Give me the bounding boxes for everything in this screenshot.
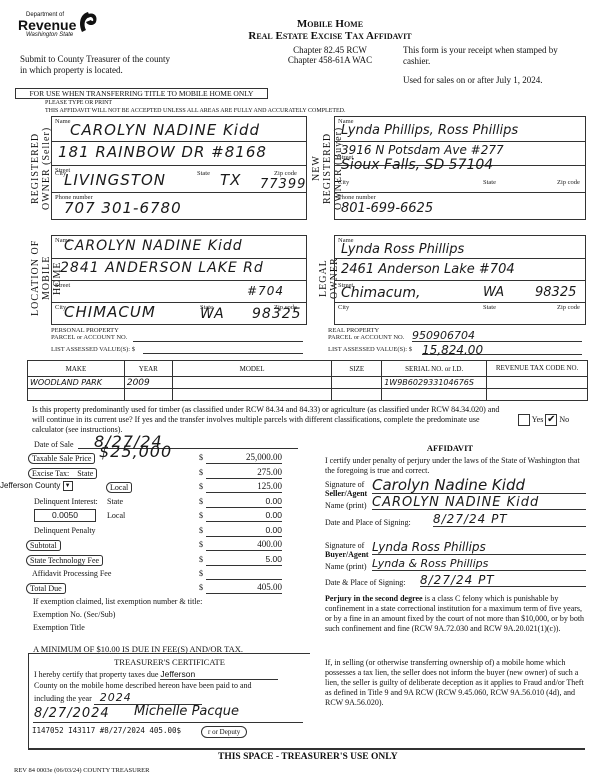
agency-line-2: Revenue [18,18,76,32]
excise-local-field[interactable]: 125.00 [206,481,282,493]
certificate-county: Jefferson [160,669,278,680]
legal-owner-section-label: LEGAL OWNER [318,238,332,318]
buyer-signature[interactable]: Lynda Ross Phillips [372,540,586,555]
receipt-stamp: I147052 I43117 #8/27/2024 405.00$ [32,726,181,735]
location-block: Name CAROLYN NADINE Kidd 2841 ANDERSON L… [51,235,307,325]
personal-assessed-field[interactable] [143,345,303,354]
seller-zip[interactable]: 77399 [260,177,306,192]
excise-state-row: Excise Tax: State $ 275.00 [24,467,276,481]
buyer-section-label: NEW REGISTERED OWNER (Buyer) [311,118,335,218]
taxable-sale-price-row: Taxable Sale Price $25,000 $ 25,000.00 [24,452,276,466]
timber-no-checkbox[interactable]: ✔ [545,414,557,426]
legal-owner-block: Name Lynda Ross Phillips 2461 Anderson L… [334,235,586,325]
location-state[interactable]: WA [200,306,225,322]
treasurer-divider [28,748,585,750]
sales-date-note: Used for sales on or after July 1, 2024. [403,75,583,85]
legal-owner-state[interactable]: WA [483,285,504,300]
seller-address[interactable]: 181 RAINBOW DR #8168 [58,143,267,161]
rate-box: 0.0050 [34,509,96,522]
real-assessed-field[interactable]: 15,824.00 [422,343,582,355]
seller-name-print[interactable]: CAROLYN NADINE Kidd [372,495,586,510]
seller-name[interactable]: CAROLYN NADINE Kidd [70,121,260,139]
form-title-line-2: Real Estate Excise Tax Affidavit [200,30,460,42]
make-cell[interactable]: WOODLAND PARK [28,377,125,389]
processing-fee-row: Affidavit Processing Fee $ [24,568,276,582]
seller-signature[interactable]: Carolyn Nadine Kidd [372,476,586,494]
seller-block: Name CAROLYN NADINE Kidd 181 RAINBOW DR … [51,116,307,220]
dropdown-arrow-icon[interactable]: ▼ [63,481,73,491]
treasurer-use-only: THIS SPACE - TREASURER'S USE ONLY [218,752,398,762]
deputy-label: r or Deputy [201,726,247,738]
tech-fee-row: State Technology Fee $ 5.00 [24,554,276,568]
timber-yes-checkbox[interactable] [518,414,530,426]
exemption-no-label: Exemption No. (Sec/Sub) [33,610,115,619]
location-name[interactable]: CAROLYN NADINE Kidd [64,238,243,254]
affidavit-statement: I certify under penalty of perjury under… [325,456,585,476]
buyer-city-state-zip[interactable]: Sioux Falls, SD 57104 [341,157,493,173]
table-row: WOODLAND PARK 2009 1W9B602933104676S [28,377,588,389]
timber-yes-no: Yes ✔ No [518,414,569,426]
buyer-name[interactable]: Lynda Phillips, Ross Phillips [341,123,518,138]
form-title-line-1: Mobile Home [210,18,450,30]
excise-local-row: Jefferson County ▼ Local $ 125.00 [24,481,276,495]
agency-line-3: Washington State [26,32,73,38]
affidavit-title: AFFIDAVIT [325,443,575,453]
model-cell[interactable] [172,377,332,389]
taxable-sale-price-field[interactable]: 25,000.00 [206,452,282,464]
treasurer-certificate: TREASURER'S CERTIFICATE I hereby certify… [28,653,310,749]
location-unit[interactable]: #704 [247,284,284,298]
type-print-note: PLEASE TYPE OR PRINT [45,100,112,106]
tech-fee-field[interactable]: 5.00 [206,554,282,566]
subtotal-field[interactable]: 400.00 [206,539,282,551]
dor-swoosh-icon [76,10,100,36]
form-id: REV 84 0003e (06/03/24) COUNTY TREASURER [14,767,149,774]
location-address[interactable]: 2841 ANDERSON LAKE Rd [60,260,264,276]
county-select[interactable]: Jefferson County ▼ [0,481,73,491]
excise-tax-label: Excise Tax: State [28,468,97,479]
exemption-title-label: Exemption Title [33,623,85,632]
date-of-sale-label: Date of Sale [34,440,74,449]
total-due-row: Total Due $ 405.00 [24,582,276,596]
property-table: MAKE YEAR MODEL SIZE SERIAL NO. or I.D. … [27,360,588,401]
seller-phone[interactable]: 707 301-6780 [64,199,182,217]
size-cell[interactable] [332,377,382,389]
submit-note: Submit to County Treasurer of the county… [20,54,170,76]
property-table-header: MAKE YEAR MODEL SIZE SERIAL NO. or I.D. … [28,361,588,377]
treasurer-signature: Michelle Pacque [134,704,239,719]
seller-city[interactable]: LIVINGSTON [64,171,166,189]
buyer-date-place[interactable]: 8/27/24 PT [420,573,586,587]
taxable-sale-price-handwritten: $25,000 [99,442,172,461]
total-due-field[interactable]: 405.00 [206,582,282,594]
buyer-block: Name Lynda Phillips, Ross Phillips 3916 … [334,116,586,220]
excise-state-field[interactable]: 275.00 [206,467,282,479]
serial-cell[interactable]: 1W9B602933104676S [382,377,487,389]
delinquent-interest-state-row: Delinquent Interest: State $ 0.00 [24,496,276,510]
certificate-date: 8/27/2024 [34,706,110,721]
personal-parcel-field[interactable] [133,333,303,342]
delinquent-interest-local-row: 0.0050 Local $ 0.00 [24,510,276,524]
perjury-warning: Perjury in the second degree is a class … [325,594,587,634]
legal-owner-city[interactable]: Chimacum, [341,285,420,301]
exemption-intro: If exemption claimed, list exemption num… [33,597,202,606]
legal-owner-zip[interactable]: 98325 [535,285,576,300]
real-parcel-field[interactable]: 950906704 [412,329,582,342]
seller-date-place[interactable]: 8/27/24 PT [433,512,586,527]
legal-owner-name[interactable]: Lynda Ross Phillips [341,242,464,257]
tax-code-cell[interactable] [487,377,588,389]
buyer-name-print[interactable]: Lynda & Ross Phillips [372,557,586,571]
timber-question: Is this property predominantly used for … [32,405,502,435]
table-row [28,389,588,401]
location-city[interactable]: CHIMACUM [64,303,156,321]
subtotal-row: Subtotal $ 400.00 [24,539,276,553]
delinquent-interest-state-field[interactable]: 0.00 [206,496,282,508]
location-zip[interactable]: 98325 [252,306,302,322]
use-banner: FOR USE WHEN TRANSFERRING TITLE TO MOBIL… [15,88,268,99]
seller-state[interactable]: TX [220,171,241,189]
lien-warning: If, in selling (or otherwise transferrin… [325,658,587,708]
processing-fee-field[interactable] [206,568,282,580]
delinquent-penalty-field[interactable]: 0.00 [206,525,282,537]
delinquent-interest-local-field[interactable]: 0.00 [206,510,282,522]
receipt-note: This form is your receipt when stamped b… [403,45,573,67]
certificate-year: 2024 [94,691,202,705]
buyer-address[interactable]: 3916 N Potsdam Ave #277 [341,143,504,157]
buyer-phone[interactable]: 801-699-6625 [341,201,433,216]
legal-owner-address[interactable]: 2461 Anderson Lake #704 [341,262,515,277]
year-cell[interactable]: 2009 [124,377,172,389]
warning-note: THIS AFFIDAVIT WILL NOT BE ACCEPTED UNLE… [45,108,346,114]
dor-logo: Department of Revenue Washington State [18,10,98,42]
delinquent-penalty-row: Delinquent Penalty $ 0.00 [24,525,276,539]
